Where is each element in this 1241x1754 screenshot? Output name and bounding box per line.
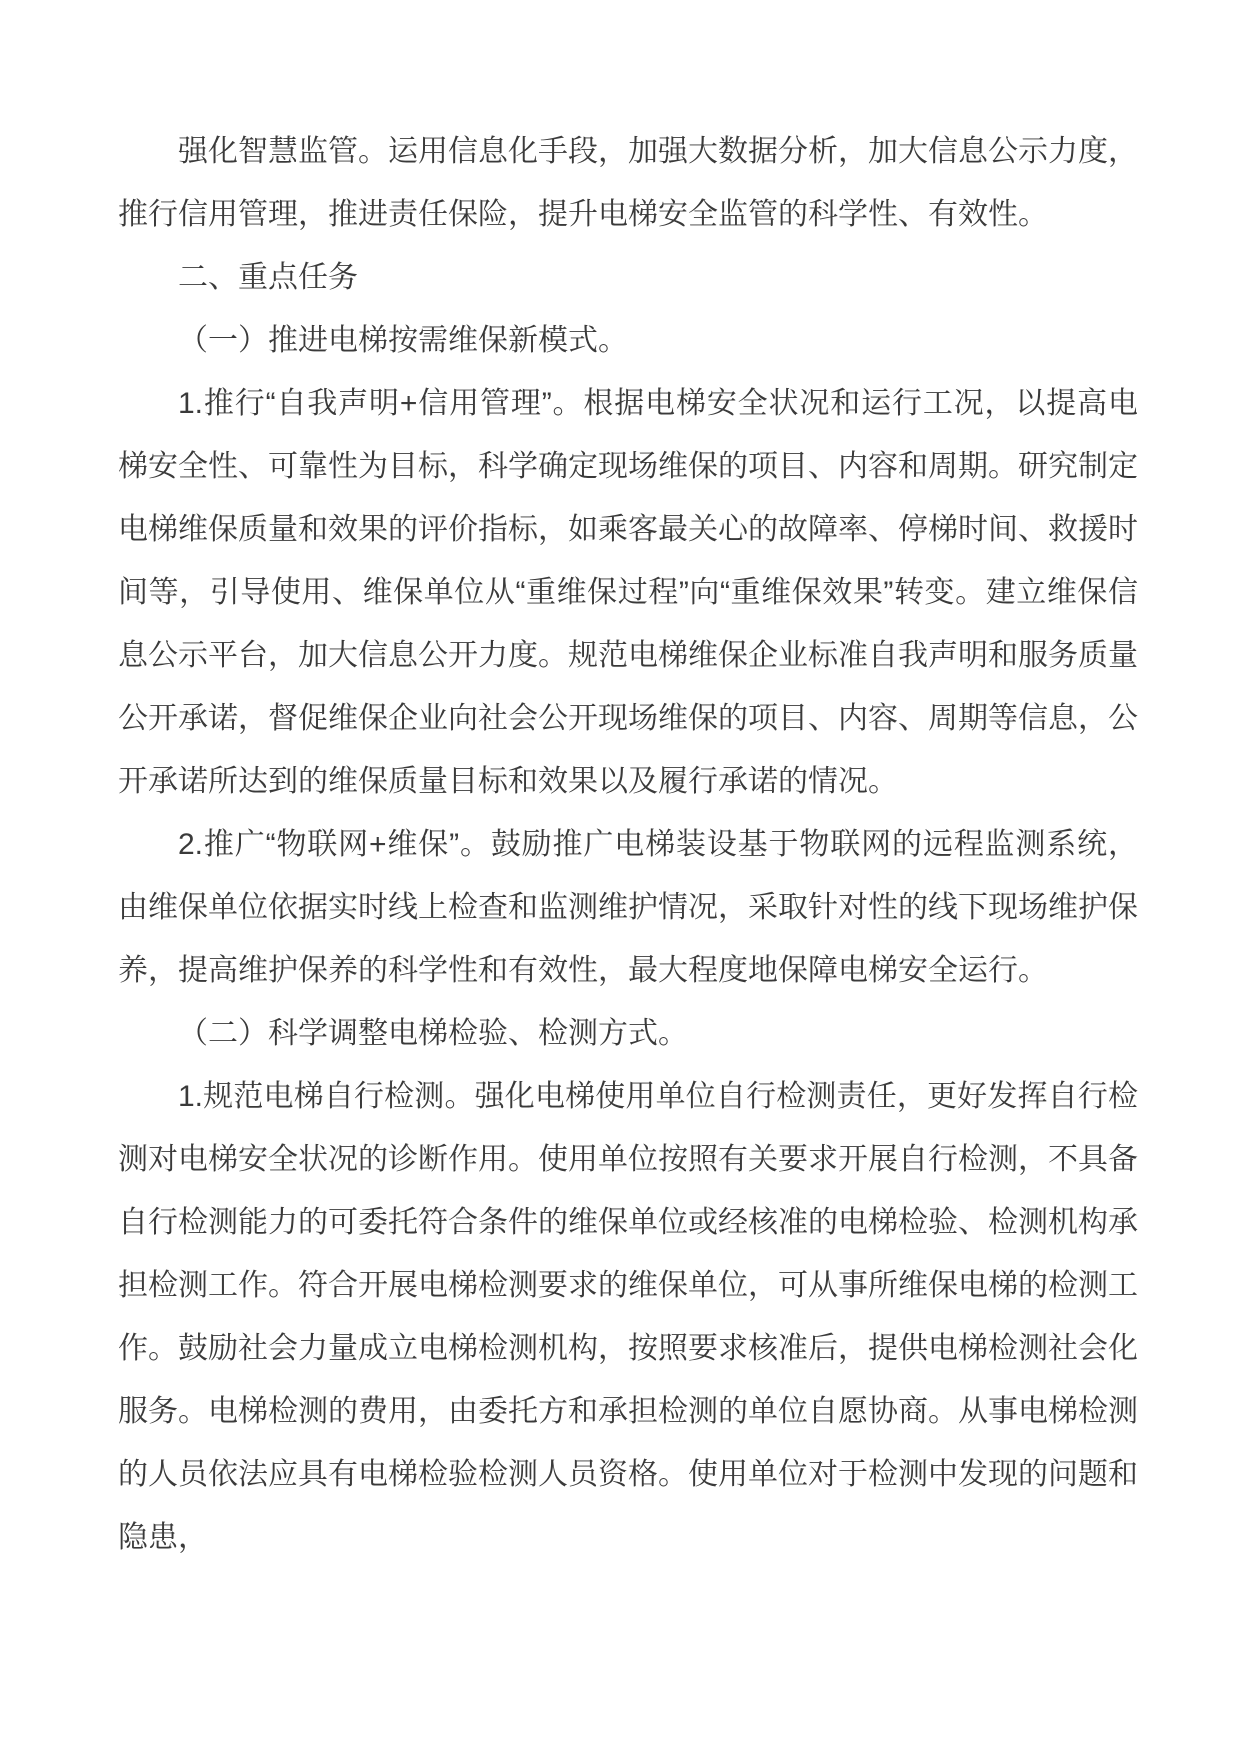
paragraph-smart-supervision: 强化智慧监管。运用信息化手段，加强大数据分析，加大信息公示力度，推行信用管理，推… [118,120,1138,246]
document-page: 强化智慧监管。运用信息化手段，加强大数据分析，加大信息公示力度，推行信用管理，推… [0,0,1241,1754]
subsection-heading-inspection-adjustment: （二）科学调整电梯检验、检测方式。 [118,1002,1138,1065]
subsection-heading-on-demand-maintenance: （一）推进电梯按需维保新模式。 [118,309,1138,372]
paragraph-self-declaration-credit-management: 1.推行“自我声明+信用管理”。根据电梯安全状况和运行工况，以提高电梯安全性、可… [118,372,1138,813]
paragraph-self-inspection: 1.规范电梯自行检测。强化电梯使用单位自行检测责任，更好发挥自行检测对电梯安全状… [118,1065,1138,1569]
paragraph-iot-maintenance: 2.推广“物联网+维保”。鼓励推广电梯装设基于物联网的远程监测系统，由维保单位依… [118,813,1138,1002]
section-heading-key-tasks: 二、重点任务 [118,246,1138,309]
